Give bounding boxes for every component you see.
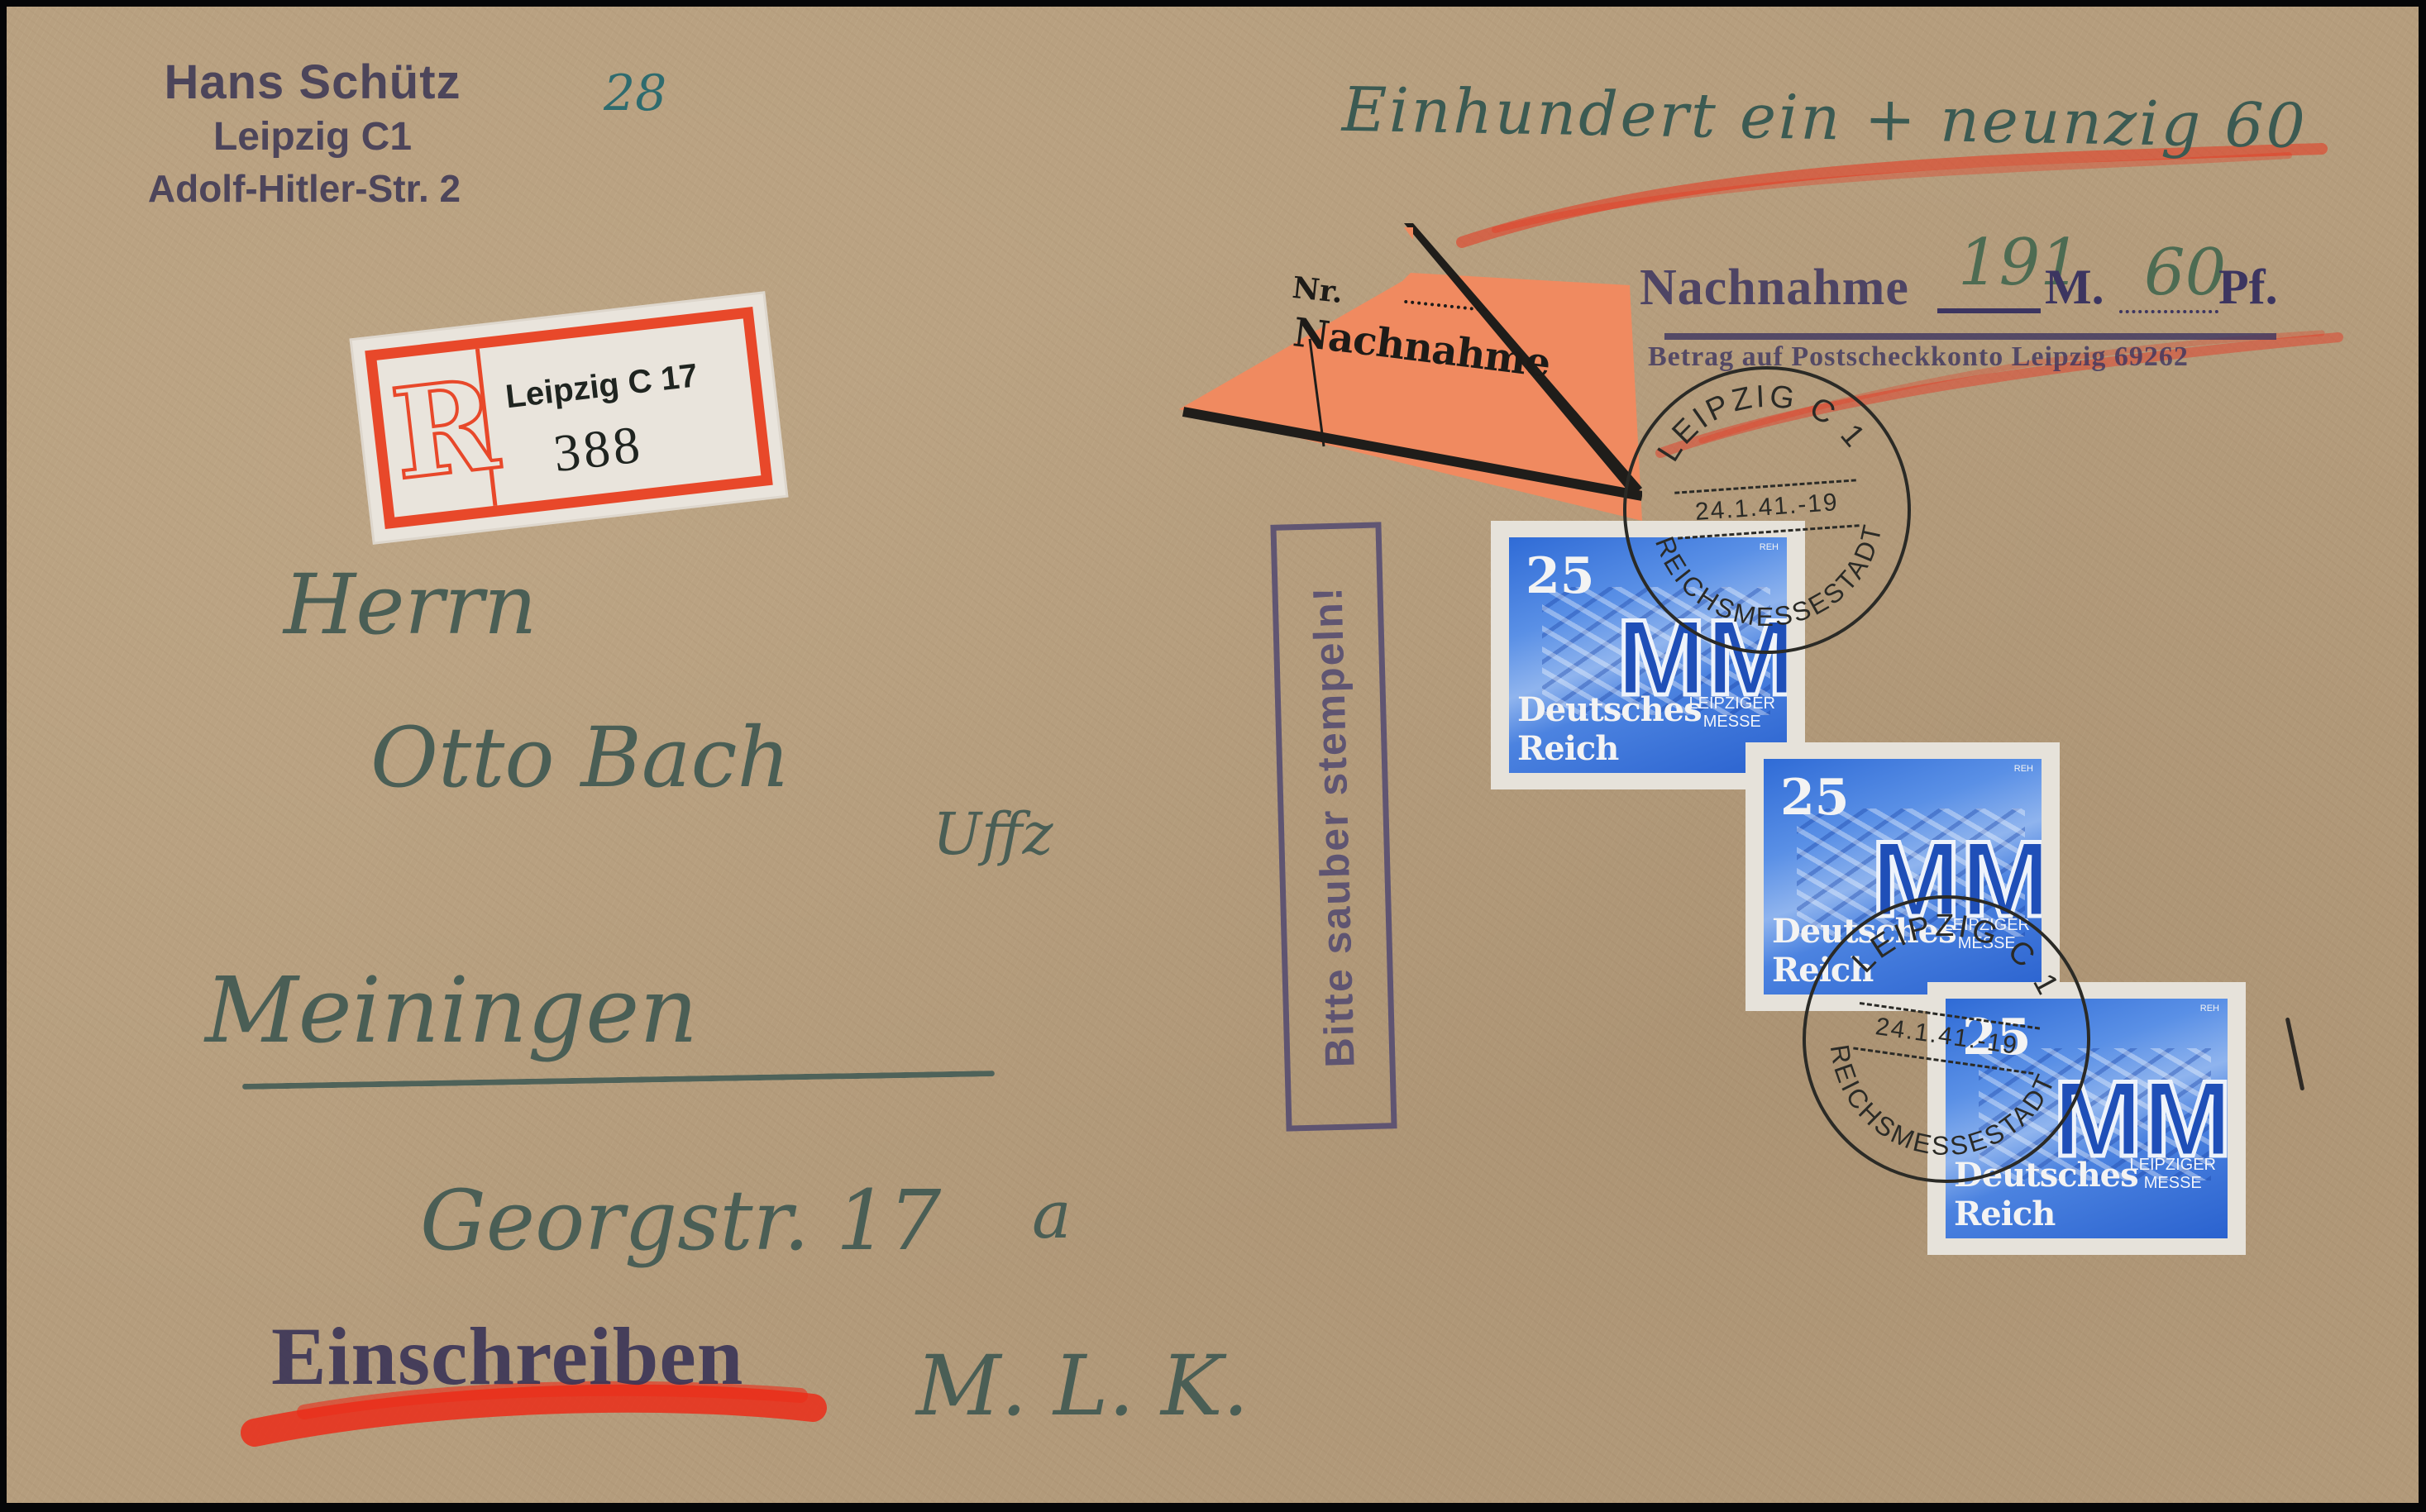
registration-label: R Leipzig C 17 388 <box>352 293 786 541</box>
cod-account-line: Betrag auf Postscheckkonto Leipzig 69262 <box>1648 341 2189 373</box>
cod-label-nr: Nr. <box>1291 270 1344 310</box>
postmark: LEIPZIG C 1 REICHSMESSESTADT 24.1.41.-19 <box>1784 876 2108 1201</box>
svg-text:LEIPZIG C 1: LEIPZIG C 1 <box>1843 894 2075 1006</box>
recipient-street-suffix: a <box>1032 1176 1072 1253</box>
recipient-street: Georgstr. 17 <box>420 1172 941 1269</box>
envelope: Hans Schütz Leipzig C1 Adolf-Hitler-Str.… <box>7 7 2419 1503</box>
registration-r-letter: R <box>385 356 484 505</box>
cod-marks-unit: M. <box>2045 259 2104 316</box>
registration-r-box: R <box>377 349 498 518</box>
instruction-box: Bitte sauber stempeln! <box>1270 522 1397 1131</box>
pencil-number: 28 <box>604 64 666 122</box>
amount-in-words: Einhundert ein + neunzig 60 <box>1341 74 2308 162</box>
registration-office: Leipzig C 17 <box>504 357 700 416</box>
cod-underline-pfennig <box>2119 310 2218 313</box>
registration-frame: R Leipzig C 17 388 <box>365 307 773 529</box>
cod-label-triangle <box>1179 223 1642 521</box>
sender-city: Leipzig C1 <box>131 111 494 164</box>
stamp-value: 25 <box>1526 547 1595 605</box>
handwritten-initials: M. L. K. <box>916 1338 1249 1434</box>
sender-street: Adolf-Hitler-Str. 2 <box>114 164 494 213</box>
stamp-designer: REH <box>2200 1004 2219 1014</box>
recipient-name: Otto Bach <box>370 709 790 806</box>
registration-number: 388 <box>551 413 647 484</box>
cod-pfennig-unit: Pf. <box>2218 259 2278 316</box>
stamp-value: 25 <box>1780 769 1850 827</box>
pen-mark <box>2285 1017 2305 1090</box>
recipient-salutation: Herrn <box>284 556 537 653</box>
recipient-city-underline <box>242 1071 995 1090</box>
cod-underline-marks <box>1937 308 2041 313</box>
cod-rule <box>1664 333 2276 340</box>
recipient-city: Meiningen <box>205 957 698 1063</box>
svg-text:LEIPZIG C 1: LEIPZIG C 1 <box>1646 372 1874 470</box>
registered-mail-mark: Einschreiben <box>271 1309 743 1404</box>
instruction-text: Bitte sauber stempeln! <box>1303 585 1363 1068</box>
cod-pfennig-amount: 60 <box>2144 236 2226 310</box>
cod-amount-stamp: Nachnahme 191 M. 60 Pf. Betrag auf Posts… <box>1640 259 1909 317</box>
sender-name: Hans Schütz <box>131 55 494 111</box>
recipient-rank: Uffz <box>933 800 1053 868</box>
stamp-designer: REH <box>2014 764 2033 774</box>
sender-address-stamp: Hans Schütz Leipzig C1 Adolf-Hitler-Str.… <box>131 55 494 213</box>
postmark: LEIPZIG C 1 REICHSMESSESTADT 24.1.41.-19 <box>1613 356 1920 663</box>
cod-stamp-label: Nachnahme <box>1640 260 1909 316</box>
